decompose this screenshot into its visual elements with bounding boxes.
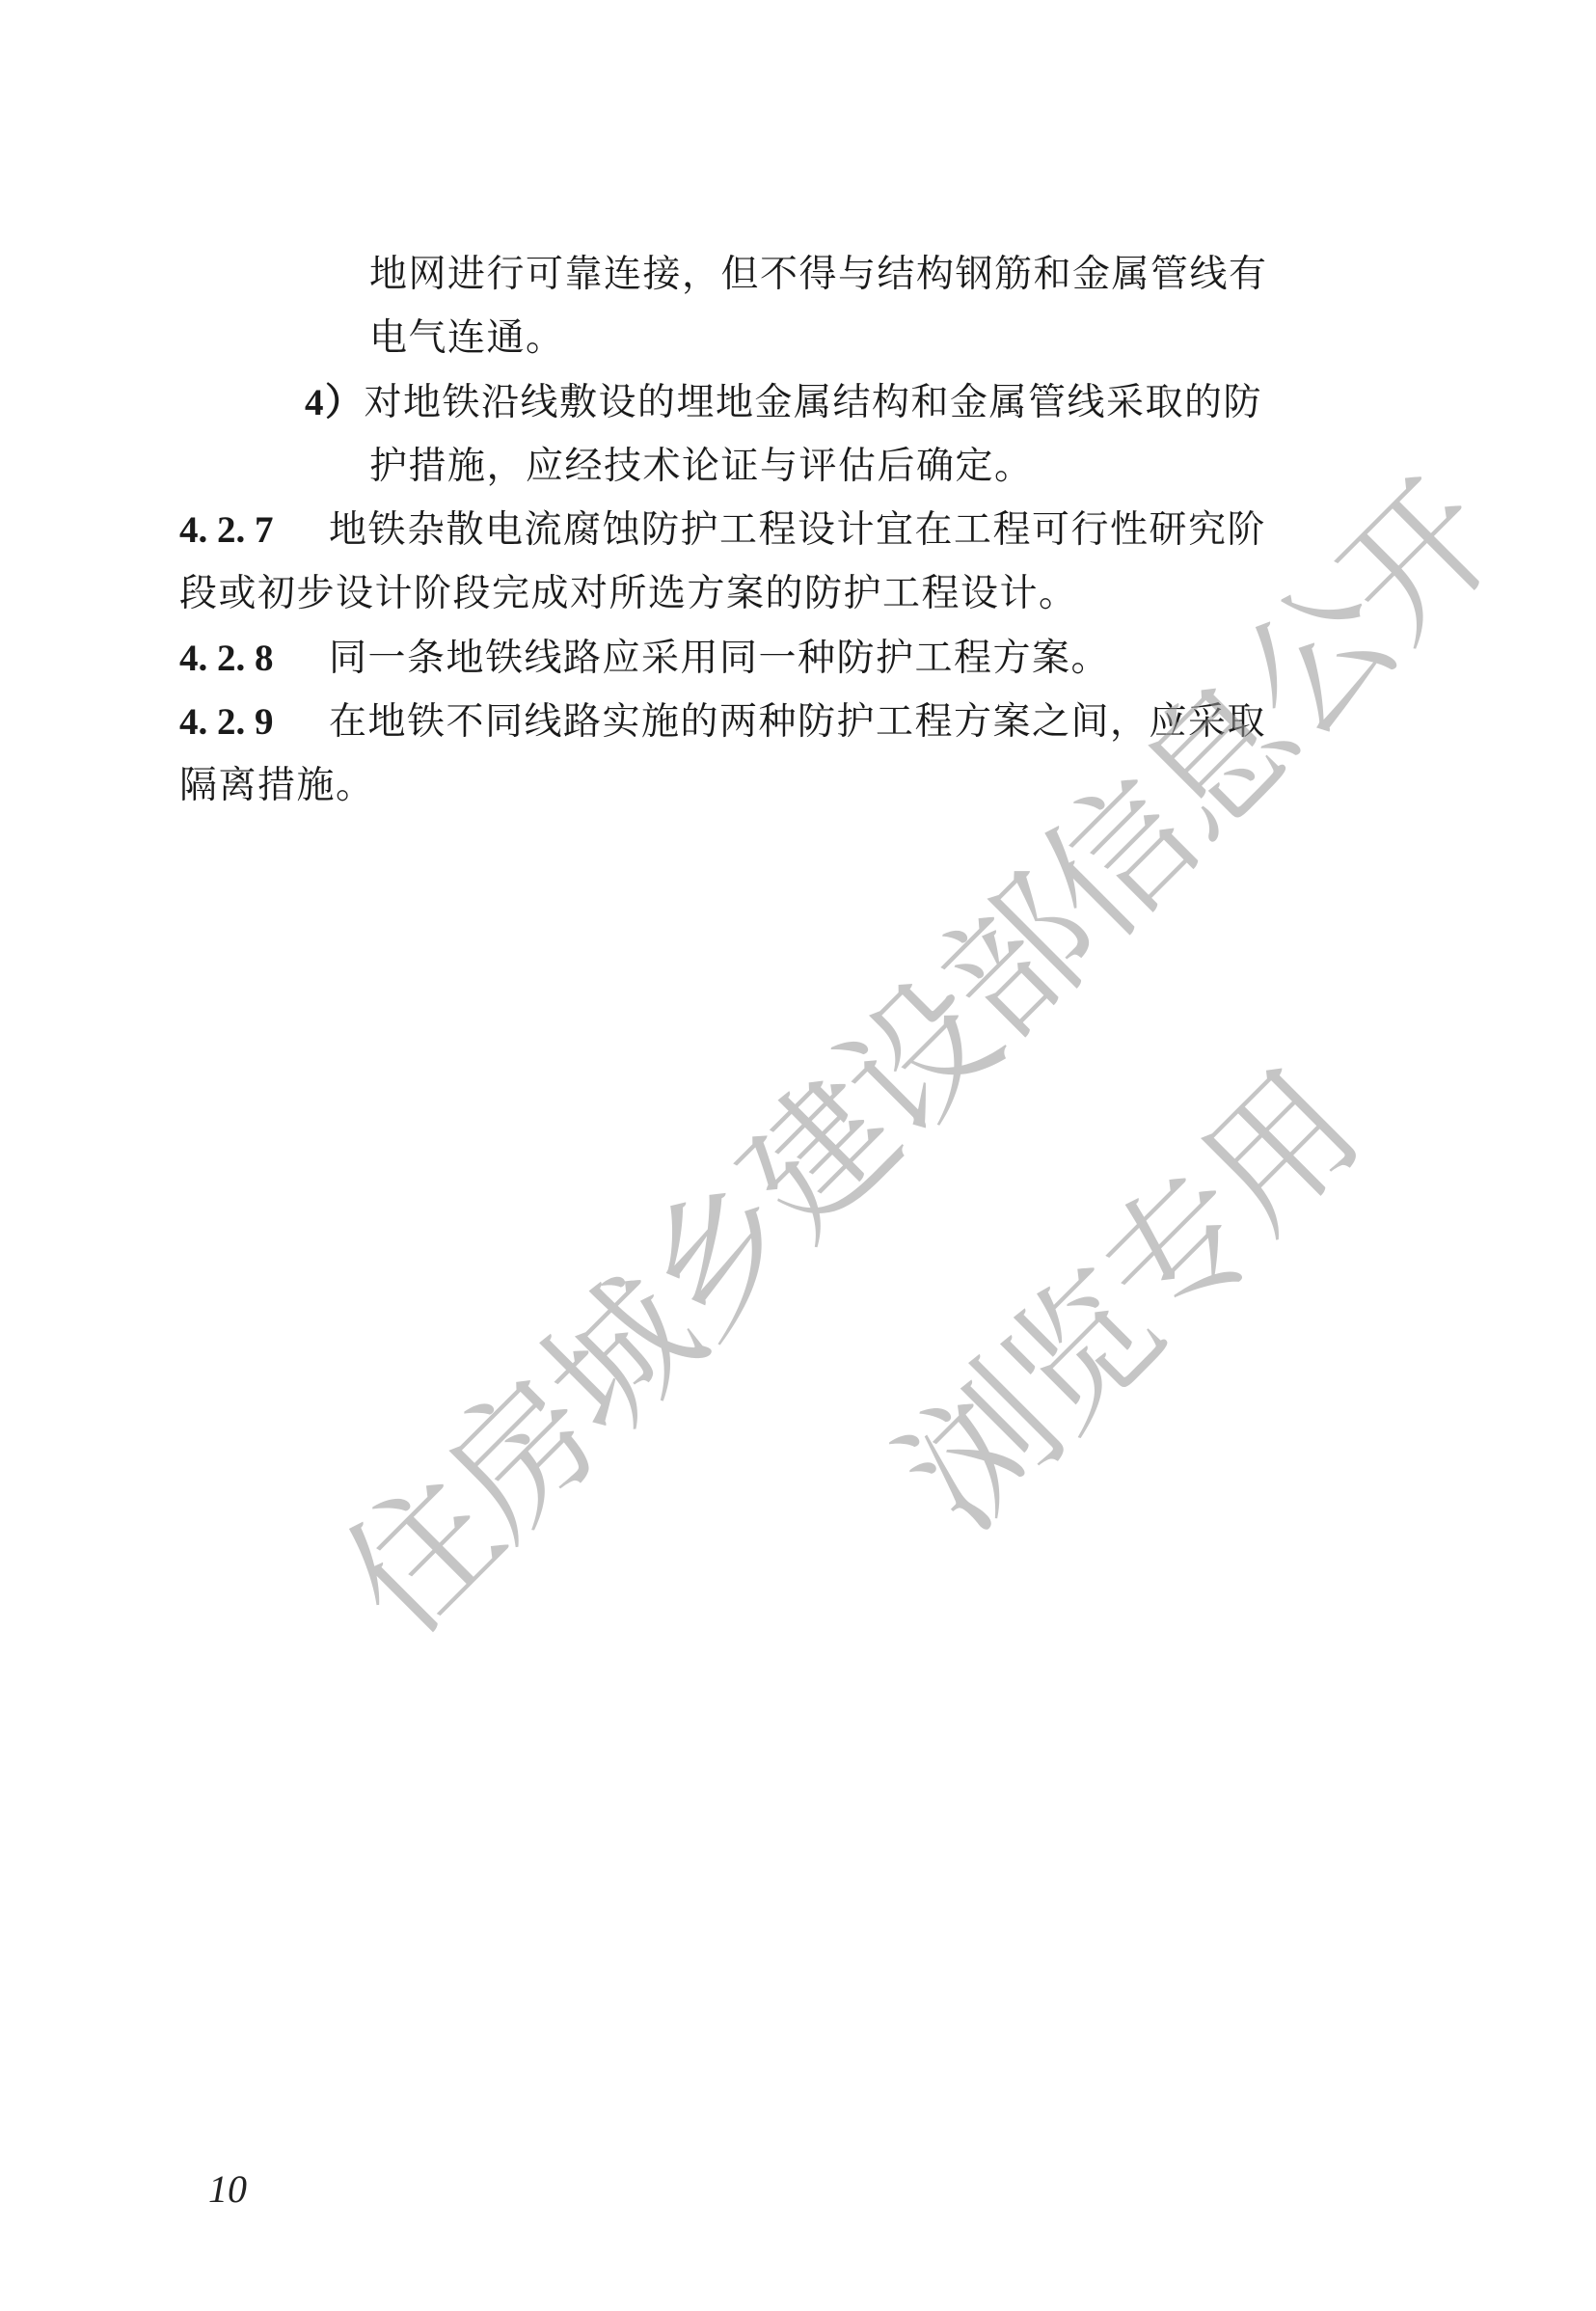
clause-4-2-8: 4. 2. 8同一条地铁线路应采用同一种防护工程方案。 bbox=[179, 637, 1110, 681]
watermark-line-2: 浏览专用 bbox=[849, 1020, 1394, 1565]
line-text: 地铁杂散电流腐蚀防护工程设计宜在工程可行性研究阶 bbox=[329, 508, 1266, 552]
clause-number: 4. 2. 7 bbox=[179, 508, 329, 553]
clause-4-2-7: 4. 2. 7地铁杂散电流腐蚀防护工程设计宜在工程可行性研究阶 bbox=[179, 508, 1266, 553]
line-text: 地网进行可靠连接，但不得与结构钢筋和金属管线有 bbox=[369, 253, 1268, 296]
line-text: 电气连通。 bbox=[369, 316, 565, 360]
body-line: 隔离措施。 bbox=[179, 764, 375, 808]
page-number: 10 bbox=[208, 2166, 247, 2212]
line-text: 段或初步设计阶段完成对所选方案的防护工程设计。 bbox=[179, 572, 1078, 615]
body-line: 护措施，应经技术论证与评估后确定。 bbox=[369, 445, 1034, 489]
body-line: 地网进行可靠连接，但不得与结构钢筋和金属管线有 bbox=[369, 253, 1268, 297]
line-text: 对地铁沿线敷设的埋地金属结构和金属管线采取的防 bbox=[365, 381, 1263, 424]
list-item-4: 4）对地铁沿线敷设的埋地金属结构和金属管线采取的防 bbox=[305, 381, 1262, 425]
body-line: 电气连通。 bbox=[369, 316, 565, 361]
line-text: 在地铁不同线路实施的两种防护工程方案之间，应采取 bbox=[329, 700, 1266, 744]
clause-4-2-9: 4. 2. 9在地铁不同线路实施的两种防护工程方案之间，应采取 bbox=[179, 700, 1266, 745]
clause-number: 4. 2. 9 bbox=[179, 700, 329, 745]
body-line: 段或初步设计阶段完成对所选方案的防护工程设计。 bbox=[179, 572, 1078, 616]
item-number: 4） bbox=[305, 382, 365, 423]
line-text: 护措施，应经技术论证与评估后确定。 bbox=[369, 445, 1034, 488]
clause-number: 4. 2. 8 bbox=[179, 637, 329, 681]
line-text: 同一条地铁线路应采用同一种防护工程方案。 bbox=[329, 637, 1110, 680]
line-text: 隔离措施。 bbox=[179, 764, 375, 807]
